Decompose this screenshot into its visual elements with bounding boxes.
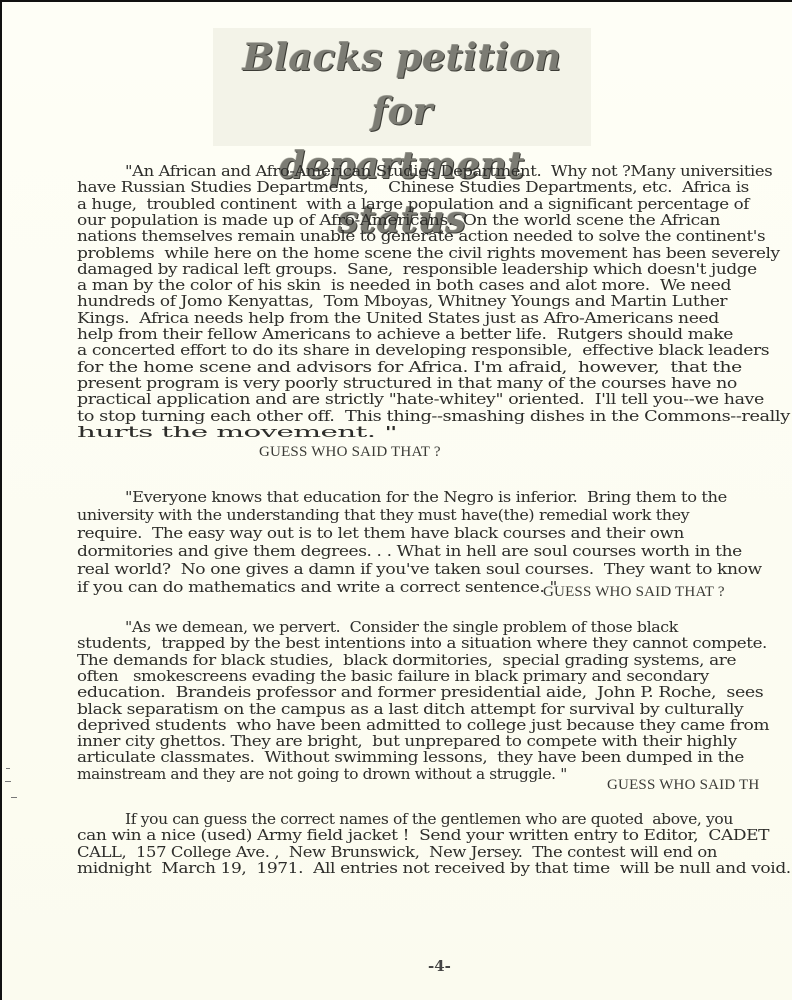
text-line: "As we demean, we pervert. Consider the …	[125, 618, 678, 636]
text-line: hurts the movement. "	[77, 423, 397, 441]
text-line: have Russian Studies Departments, Chines…	[77, 178, 749, 196]
text-line: help from their fellow Americans to achi…	[77, 325, 733, 343]
text-line: education. Brandeis professor and former…	[77, 683, 763, 701]
text-line: midnight March 19, 1971. All entries not…	[77, 859, 791, 877]
margin-mark	[11, 797, 17, 798]
text-line: inner city ghettos. They are bright, but…	[77, 732, 737, 750]
text-line: "Everyone knows that education for the N…	[125, 488, 727, 506]
text-line: can win a nice (used) Army field jacket …	[77, 826, 769, 844]
text-line: articulate classmates. Without swimming …	[77, 748, 744, 766]
text-line: real world? No one gives a damn if you'v…	[77, 560, 762, 578]
text-line: require. The easy way out is to let them…	[77, 524, 684, 542]
text-line: present program is very poorly structure…	[77, 374, 737, 392]
text-line: a huge, troubled continent with a large …	[77, 195, 749, 213]
text-line: hundreds of Jomo Kenyattas, Tom Mboyas, …	[77, 292, 727, 310]
text-line: damaged by radical left groups. Sane, re…	[77, 260, 757, 278]
page-number: -4-	[428, 957, 451, 975]
guess-who-tagline: GUESS WHO SAID THAT ?	[543, 584, 725, 601]
text-line: If you can guess the correct names of th…	[125, 810, 733, 828]
margin-mark	[5, 781, 11, 782]
guess-who-tagline: GUESS WHO SAID TH	[607, 777, 759, 794]
text-line: The demands for black studies, black dor…	[77, 651, 736, 669]
text-line: problems while here on the home scene th…	[77, 244, 780, 262]
text-line: our population is made up of Afro-Americ…	[77, 211, 720, 229]
margin-mark	[6, 768, 10, 769]
text-line: a concerted effort to do its share in de…	[77, 341, 769, 359]
text-line: university with the understanding that t…	[77, 506, 689, 524]
text-line: to stop turning each other off. This thi…	[77, 407, 790, 425]
text-line: mainstream and they are not going to dro…	[77, 765, 567, 783]
text-line: deprived students who have been admitted…	[77, 716, 769, 734]
text-line: "An African and Afro-American Studies De…	[125, 162, 772, 180]
text-line: Kings. Africa needs help from the United…	[77, 309, 719, 327]
text-line: for the home scene and advisors for Afri…	[77, 358, 742, 376]
text-line: CALL, 157 College Ave. , New Brunswick, …	[77, 843, 717, 861]
text-line: nations themselves remain unable to gene…	[77, 227, 765, 245]
text-line: practical application and are strictly "…	[77, 390, 764, 408]
headline-line-1: Blacks petition for	[213, 30, 591, 138]
text-line: dormitories and give them degrees. . . W…	[77, 542, 742, 560]
text-line: often smokescreens evading the basic fai…	[77, 667, 709, 685]
text-line: students, trapped by the best intentions…	[77, 634, 767, 652]
text-line: black separatism on the campus as a last…	[77, 700, 743, 718]
text-line: if you can do mathematics and write a co…	[77, 578, 557, 596]
guess-who-tagline: GUESS WHO SAID THAT ?	[259, 444, 441, 461]
text-line: a man by the color of his skin is needed…	[77, 276, 731, 294]
